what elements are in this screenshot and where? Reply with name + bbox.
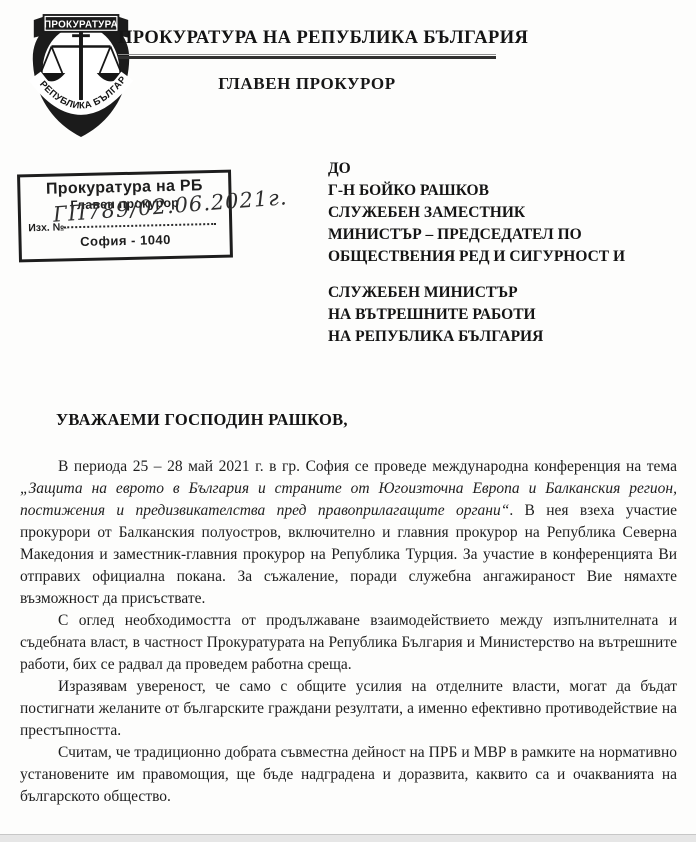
addressee-line: СЛУЖЕБЕН МИНИСТЪР <box>328 282 625 304</box>
addressee-line: НА РЕПУБЛИКА БЪЛГАРИЯ <box>328 326 625 348</box>
addressee-to: ДО <box>328 158 625 180</box>
title-divider-thin <box>118 54 496 55</box>
scan-edge-artifact <box>0 834 696 842</box>
paragraph-2: С оглед необходимостта от продължаване в… <box>20 610 677 676</box>
emblem-banner-text: ПРОКУРАТУРА <box>44 19 118 30</box>
title-divider-thick <box>118 56 496 59</box>
org-title: ПРОКУРАТУРА НА РЕПУБЛИКА БЪЛГАРИЯ <box>118 28 496 49</box>
paragraph-4: Считам, че традиционно добрата съвместна… <box>20 742 677 808</box>
letterhead: ПРОКУРАТУРА НА РЕПУБЛИКА БЪЛГАРИЯ ГЛАВЕН… <box>118 28 496 94</box>
addressee-line: СЛУЖЕБЕН ЗАМЕСТНИК <box>328 202 625 224</box>
addressee-line: НА ВЪТРЕШНИТЕ РАБОТИ <box>328 304 625 326</box>
paragraph-1-text: В периода 25 – 28 май 2021 г. в гр. Софи… <box>58 458 677 475</box>
document-page: РЕПУБЛИКА БЪЛГАРИЯ ПРОКУРАТУРА ПРОКУРАТУ… <box>0 0 696 842</box>
salutation: УВАЖАЕМИ ГОСПОДИН РАШКОВ, <box>56 410 348 430</box>
addressee-gap <box>328 268 625 282</box>
paragraph-1: В периода 25 – 28 май 2021 г. в гр. Софи… <box>20 456 677 610</box>
paragraph-3: Изразявам увереност, че само с общите ус… <box>20 676 677 742</box>
addressee-block: ДО Г-Н БОЙКО РАШКОВ СЛУЖЕБЕН ЗАМЕСТНИК М… <box>328 158 625 348</box>
office-title: ГЛАВЕН ПРОКУРОР <box>118 74 496 94</box>
letter-body: В периода 25 – 28 май 2021 г. в гр. Софи… <box>20 456 677 808</box>
registry-stamp: Прокуратура на РБ Главен прокурор Изх. №… <box>17 170 233 263</box>
addressee-line: МИНИСТЪР – ПРЕДСЕДАТЕЛ ПО <box>328 224 625 246</box>
addressee-line: ОБЩЕСТВЕНИЯ РЕД И СИГУРНОСТ И <box>328 246 625 268</box>
addressee-line: Г-Н БОЙКО РАШКОВ <box>328 180 625 202</box>
